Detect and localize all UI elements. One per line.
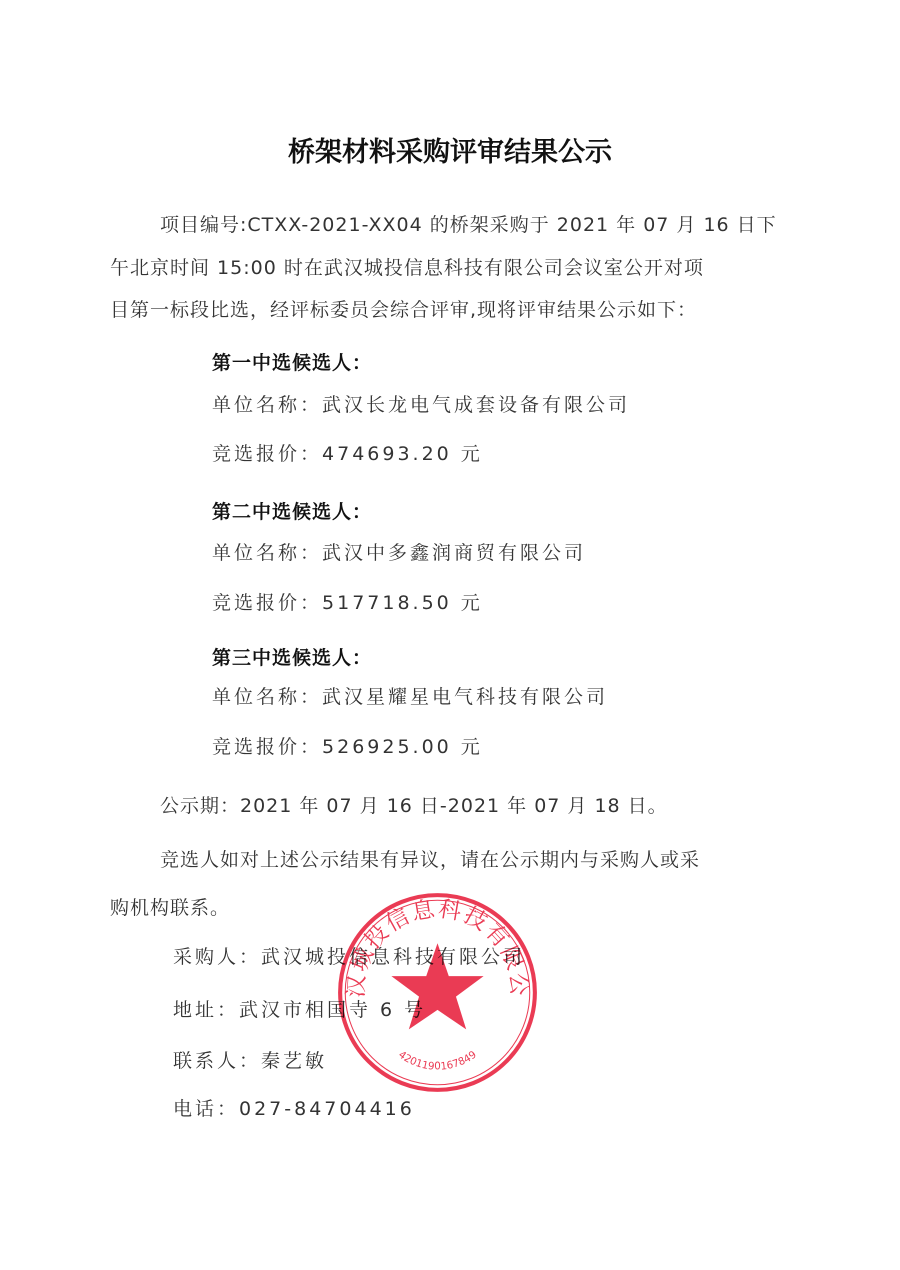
price-value: 474693.20 元 — [322, 443, 483, 465]
company-seal-icon: 武汉城投信息科技有限公司 4201190167849 — [335, 890, 540, 1095]
company-label: 单位名称： — [212, 394, 322, 416]
candidate-heading: 第二中选候选人： — [212, 500, 372, 524]
objection-line-1: 竞选人如对上述公示结果有异议，请在公示期内与采购人或采 — [160, 848, 700, 872]
candidate-company: 单位名称：武汉中多鑫润商贸有限公司 — [212, 541, 586, 565]
candidate-price: 竞选报价：517718.50 元 — [212, 591, 483, 615]
publicity-period: 公示期：2021 年 07 月 16 日-2021 年 07 月 18 日。 — [160, 794, 668, 818]
candidate-heading: 第一中选候选人： — [212, 351, 372, 375]
candidate-company: 单位名称：武汉星耀星电气科技有限公司 — [212, 685, 608, 709]
price-value: 517718.50 元 — [322, 592, 483, 614]
candidate-price: 竞选报价：526925.00 元 — [212, 735, 483, 759]
candidate-price: 竞选报价：474693.20 元 — [212, 442, 483, 466]
company-label: 单位名称： — [212, 542, 322, 564]
company-name: 武汉星耀星电气科技有限公司 — [322, 686, 608, 708]
price-label: 竞选报价： — [212, 592, 322, 614]
company-name: 武汉中多鑫润商贸有限公司 — [322, 542, 586, 564]
price-label: 竞选报价： — [212, 736, 322, 758]
svg-text:4201190167849: 4201190167849 — [396, 1049, 479, 1073]
purchaser: 采购人：武汉城投信息科技有限公司 — [173, 945, 525, 969]
company-name: 武汉长龙电气成套设备有限公司 — [322, 394, 630, 416]
objection-line-2: 购机构联系。 — [110, 896, 230, 920]
contact-person: 联系人：秦艺敏 — [173, 1049, 327, 1073]
candidate-company: 单位名称：武汉长龙电气成套设备有限公司 — [212, 393, 630, 417]
intro-line-3: 目第一标段比选，经评标委员会综合评审,现将评审结果公示如下： — [110, 298, 697, 322]
address: 地址：武汉市相国寺 6 号 — [173, 998, 426, 1022]
phone: 电话：027-84704416 — [173, 1097, 415, 1121]
company-label: 单位名称： — [212, 686, 322, 708]
price-label: 竞选报价： — [212, 443, 322, 465]
intro-line-2: 午北京时间 15:00 时在武汉城投信息科技有限公司会议室公开对项 — [110, 256, 704, 280]
price-value: 526925.00 元 — [322, 736, 483, 758]
page-title: 桥架材料采购评审结果公示 — [0, 130, 900, 169]
document-page: 桥架材料采购评审结果公示 项目编号:CTXX-2021-XX04 的桥架采购于 … — [0, 0, 900, 1270]
intro-line-1: 项目编号:CTXX-2021-XX04 的桥架采购于 2021 年 07 月 1… — [160, 213, 777, 237]
candidate-heading: 第三中选候选人： — [212, 646, 372, 670]
